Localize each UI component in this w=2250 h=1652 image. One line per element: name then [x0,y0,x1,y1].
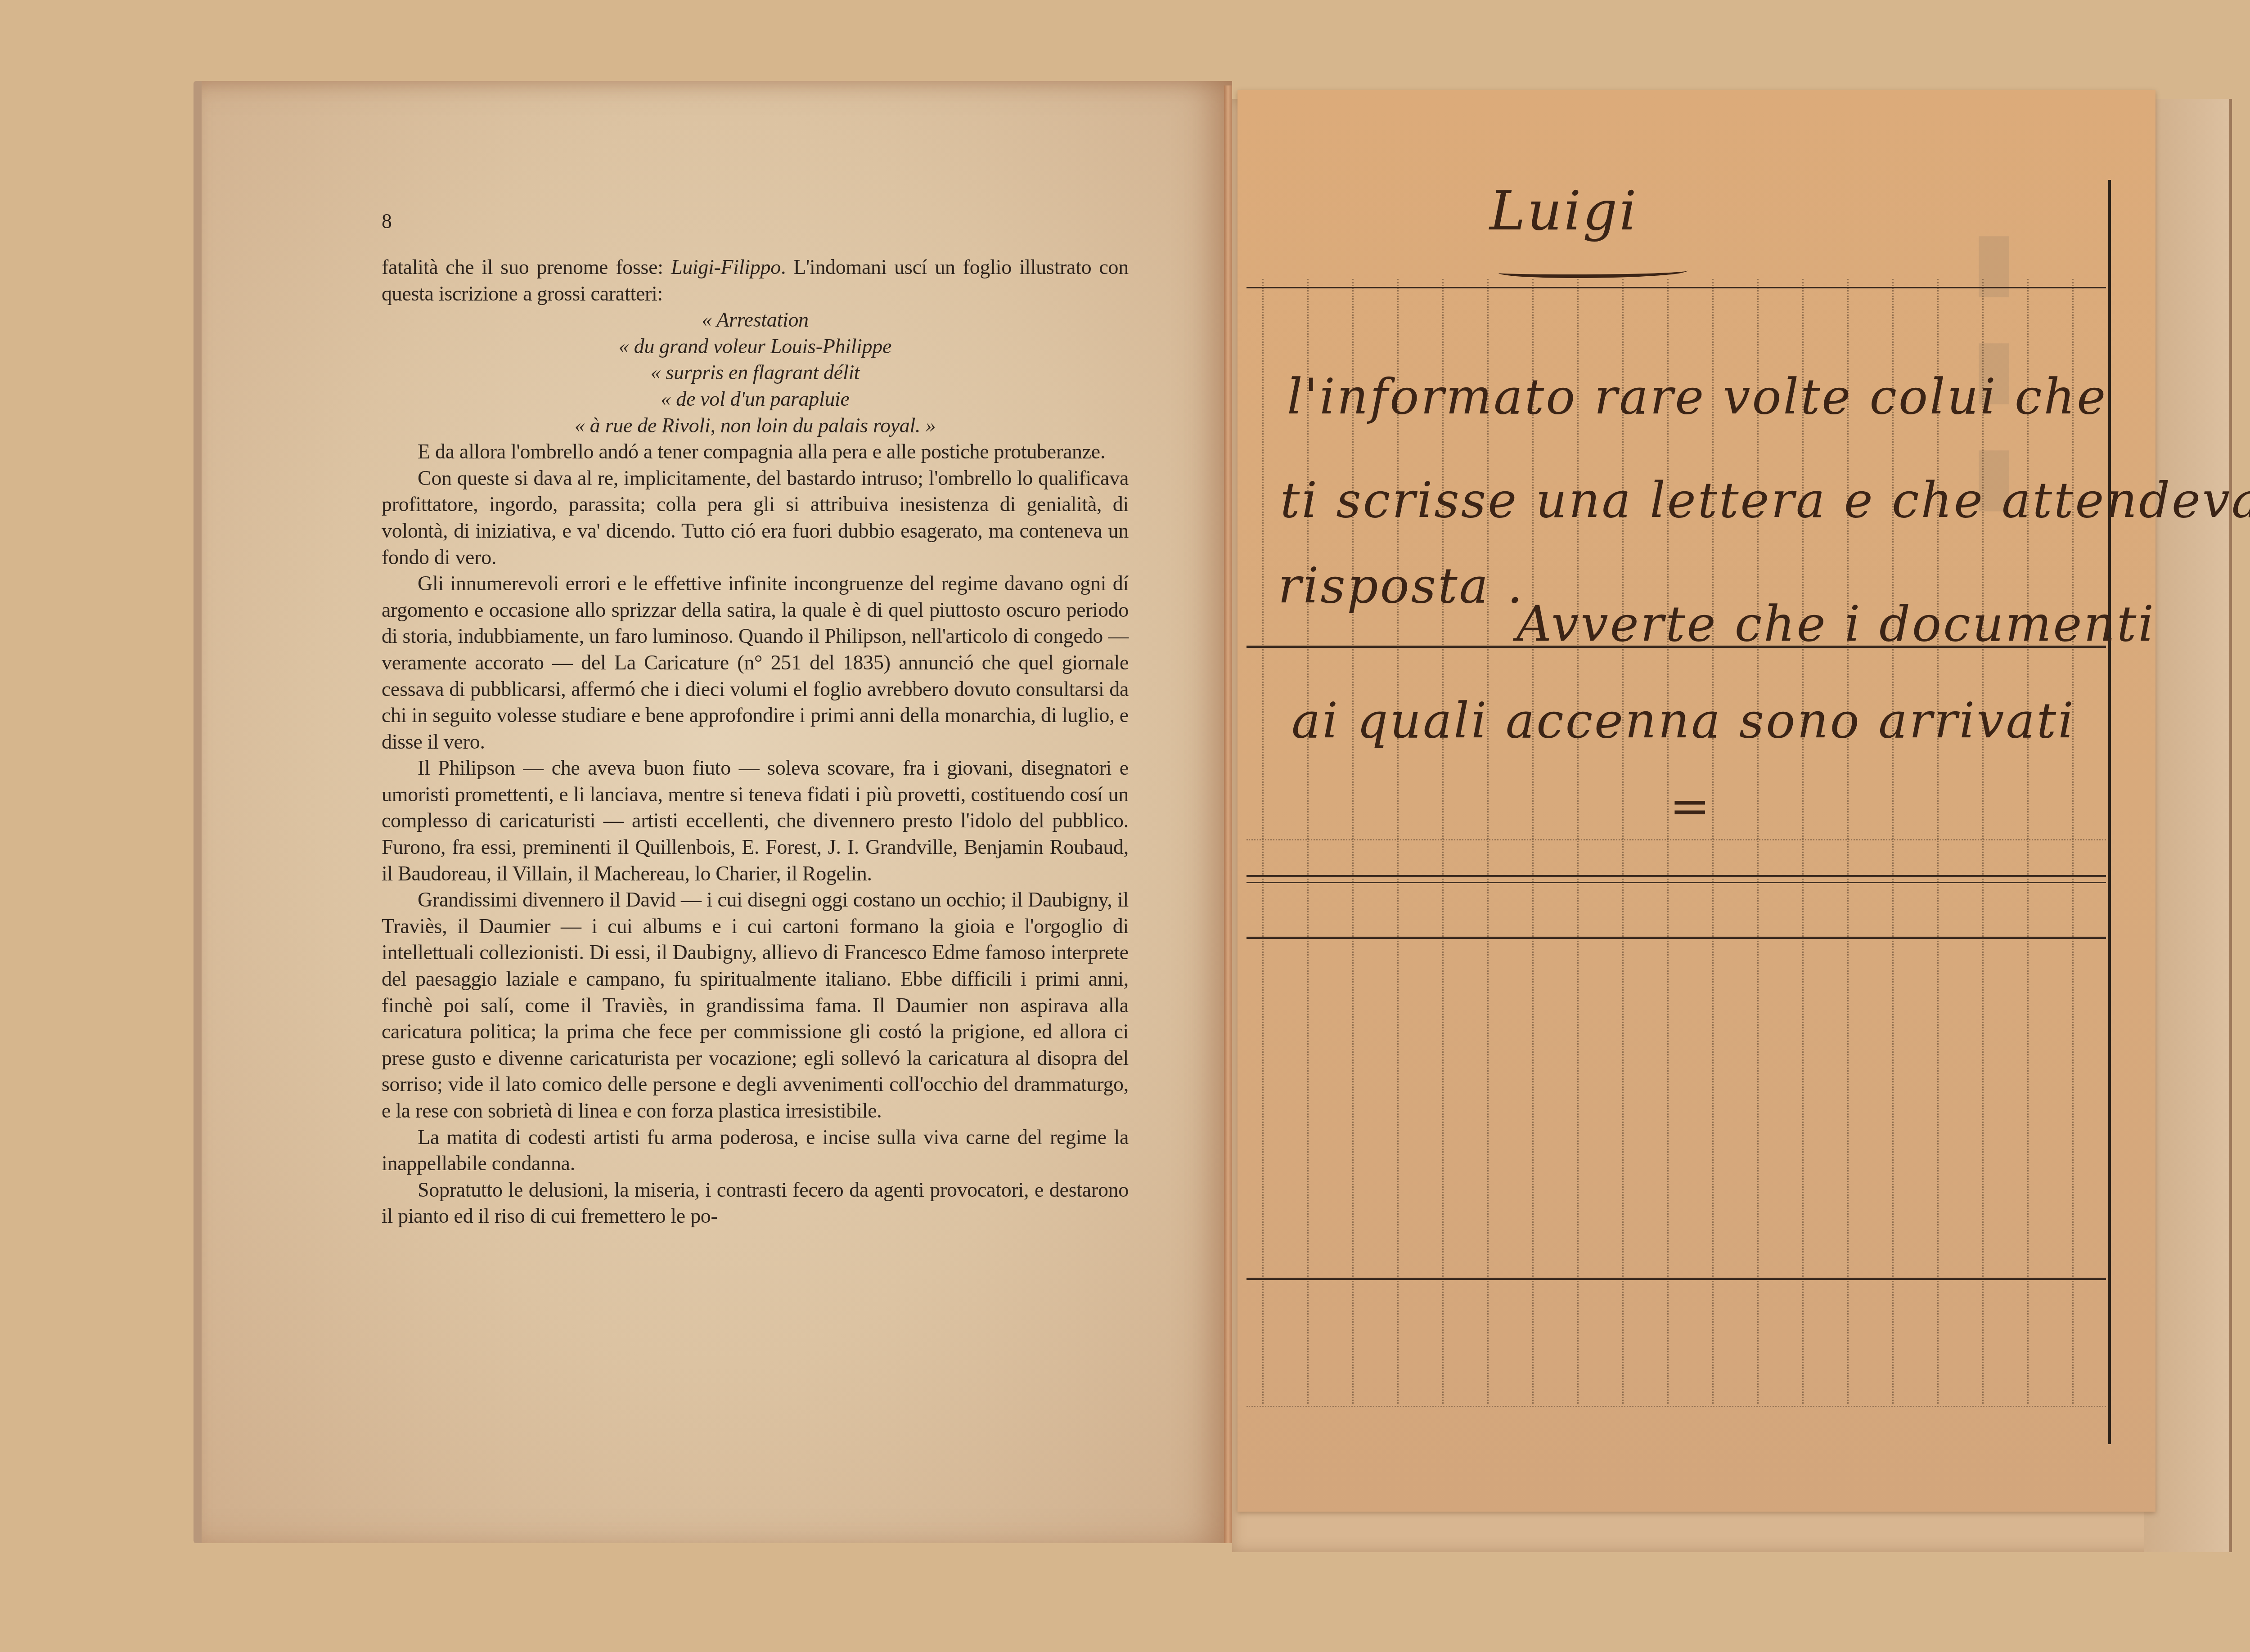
left-printed-page: 8 fatalità che il suo prenome fosse: Lui… [193,81,1232,1543]
page-number: 8 [382,209,392,233]
paragraph: Il Philipson — che aveva buon fiuto — so… [382,755,1129,887]
right-margin-rule [2108,180,2111,1444]
paragraph: Gli innumerevoli errori e le effettive i… [382,570,1129,755]
ruled-line [1246,882,2106,883]
open-book: 8 fatalità che il suo prenome fosse: Lui… [193,72,2232,1552]
paragraph-continuation: fatalità che il suo prenome fosse: Luigi… [382,254,1129,307]
dotted-rule [1802,279,1804,1404]
dotted-rule [1622,279,1624,1404]
paragraph: Grandissimi divennero il David — i cui d… [382,887,1129,1124]
printed-text-body: fatalità che il suo prenome fosse: Luigi… [382,254,1129,1230]
dotted-rule [1892,279,1894,1404]
handwritten-line: Avverte che i documenti [1516,596,2155,652]
salutation-underline-stroke [1498,265,1687,278]
paragraph: La matita di codesti artisti fu arma pod… [382,1124,1129,1177]
dotted-ruled-line [1246,839,2106,840]
handwritten-line: l'informato rare volte colui che [1287,369,2107,425]
dotted-rule [1937,279,1939,1404]
dotted-rule [1442,279,1444,1404]
quote-line: « Arrestation [382,307,1129,333]
handwritten-line: risposta . [1278,558,1525,614]
ruled-line [1246,287,2106,288]
book-gutter [1224,85,1232,1543]
dotted-ruled-line [1246,1406,2106,1407]
paragraph: Con queste si dava al re, implicitamente… [382,465,1129,570]
dotted-rule [1487,279,1489,1404]
ruled-line [1246,875,2106,877]
handwritten-line: ai quali accenna sono arrivati [1291,693,2075,749]
quote-line: « du grand voleur Louis-Philippe [382,333,1129,360]
paragraph: E da allora l'ombrello andó a tener comp… [382,439,1129,465]
handwritten-salutation: Luigi [1489,180,1638,242]
dotted-rule [1847,279,1849,1404]
dotted-rule [1577,279,1579,1404]
handwritten-line: ti scrisse una lettera e che attendeva [1280,472,2250,529]
dotted-rule [1667,279,1669,1404]
handwritten-ruled-sheet: ▮▮▮ Luigi l'informato rare vo [1237,90,2155,1512]
dotted-rule [1262,279,1264,1404]
dotted-rule [1397,279,1399,1404]
dotted-rule [2072,279,2074,1404]
ruled-line [1246,937,2106,939]
dotted-rule [1532,279,1534,1404]
dotted-rule [2027,279,2029,1404]
right-page-edge [2144,99,2232,1552]
dotted-rule [1982,279,1984,1404]
quote-block: « Arrestation « du grand voleur Louis-Ph… [382,307,1129,439]
ruled-line [1246,1278,2106,1280]
dotted-rule [1352,279,1354,1404]
dotted-rule [1307,279,1309,1404]
handwritten-closing-mark: = [1669,778,1712,835]
dotted-rule [1757,279,1759,1404]
paragraph: Sopratutto le delusioni, la miseria, i c… [382,1177,1129,1230]
quote-line: « surpris en flagrant délit [382,359,1129,386]
quote-line: « de vol d'un parapluie [382,386,1129,413]
quote-line: « à rue de Rivoli, non loin du palais ro… [382,413,1129,439]
dotted-rule [1712,279,1714,1404]
